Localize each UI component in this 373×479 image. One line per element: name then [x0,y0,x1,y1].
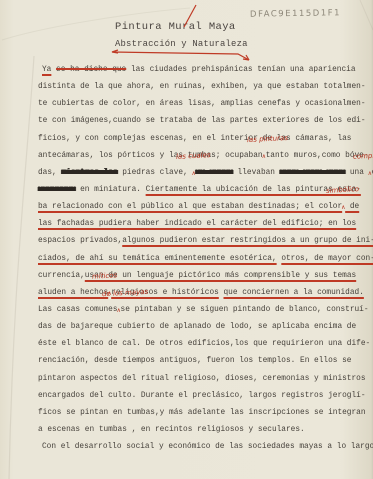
typed-line: Las casas comunesde los mayas∧se pintaba… [38,302,368,319]
red-underlined-text: usan de un lenguaje pictórico más compre… [85,272,356,280]
typed-text: distinta de la que ahora, en ruinas, exh… [38,83,366,91]
typed-line: éste el blanco de cal. De otros edificio… [38,336,368,353]
red-underlined-text: aluden a hechos [38,289,108,297]
typed-line: pintaron aspectos del ritual religioso, … [38,371,368,388]
typed-line: distinta de la que ahora, en ruinas, exh… [38,79,368,96]
typed-line: las fachadas pudiera haber indicado el c… [38,216,368,233]
typed-line: currencia,usan de un lenguaje pictórico … [38,268,368,285]
typed-text: las ciudades prehispánicas tenían una ap… [126,66,355,74]
handwritten-insertion: de los mayas∧ [118,310,121,311]
overtyped-struck-text: mientras las [61,169,117,177]
typed-line: ba relacionado con el público al que est… [38,199,368,216]
typed-line: aluden a hechosmíticos∧religiosos e hist… [38,285,368,302]
typed-text: te cubiertas de color, en áreas lisas, a… [38,100,366,108]
typed-text: piedras clave, [118,169,193,177]
typed-text: pintaron aspectos del ritual religioso, … [38,375,366,383]
typed-text: antecámaras, los pórticos y las tumbas; … [38,152,263,160]
handwritten-insertion: las pinturas∧ [263,156,266,157]
typed-text-block: Ya se ha dicho que las ciudades prehispá… [38,62,368,456]
red-struck-text: se ha dicho que [56,66,126,74]
typed-text: espacios privados, [38,237,122,245]
insertion-caret-mark: ∧ [191,171,195,177]
typed-line: Con el desarrollo social y económico de … [38,439,368,456]
handwritten-insertion: las cuales∧ [192,173,195,174]
red-underlined-text: Ya [42,66,51,74]
manuscript-page: DFAC9E115D1F1 Pintura Mural Maya Abstrac… [0,0,373,479]
handwritten-insertion: completa∧ [369,173,372,174]
typed-text: éste el blanco de cal. De otros edificio… [38,340,370,348]
typed-text: en miniatura. [75,186,145,194]
handwritten-insertion-text: simbólico [326,181,360,200]
insertion-caret-mark: ∧ [262,154,266,160]
typed-text: Las casas comunes [38,306,118,314]
typed-line: ficios, y con complejas escenas, en el i… [38,131,368,148]
typed-text: una [345,169,368,177]
typed-text: te con imágenes,cuando se trataba de las… [38,117,366,125]
handwritten-insertion-text: míticos [92,267,118,285]
typed-line: a escenas en tumbas , en recintos religi… [38,422,368,439]
insertion-caret-mark: ∧ [368,171,372,177]
typed-line: Ya se ha dicho que las ciudades prehispá… [38,62,368,79]
red-underline-arrow [112,50,249,60]
typed-text: ficios, y con complejas escenas, en el i… [38,135,352,143]
typed-line: te con imágenes,cuando se trataba de las… [38,113,368,130]
typed-line: renciación, desde tiempos antiguos, fuer… [38,353,368,370]
handwritten-insertion-text: de los mayas [101,284,148,304]
typed-text: Con el desarrollo social y económico de … [42,443,373,451]
insertion-caret-mark: ∧ [117,308,121,314]
typed-text: llevaban [233,169,280,177]
typed-line: encargados del culto. Durante el preclás… [38,388,368,405]
handwritten-insertion-text: las cuales [176,147,211,166]
typed-text: das de bajareque cubierto de aplanado de… [38,323,356,331]
red-underlined-text: de [345,203,359,211]
handwritten-insertion: simbólico∧ [342,207,345,208]
typed-text: se pintaban y se siguen pintando de blan… [121,306,369,314]
typed-line: das, mientras las piedras clave, las cua… [38,165,368,182]
pencil-code: DFAC9E115D1F1 [250,8,341,20]
red-underlined-text: algunos pudieron estar restringidos a un… [122,237,373,245]
red-arrowhead [243,55,249,60]
typed-text: currencia, [38,272,85,280]
typed-text: renciación, desde tiempos antiguos, fuer… [38,357,352,365]
insertion-caret-mark: ∧ [341,205,345,211]
overtyped-struck-text: xxxxxxxx [38,186,75,194]
typed-text: a escenas en tumbas , en recintos religi… [38,426,305,434]
typed-line: das de bajareque cubierto de aplanado de… [38,319,368,336]
handwritten-insertion-text: completa [352,147,373,166]
document-subtitle: Abstracción y Naturaleza [115,39,248,49]
typed-text: ficos se pintan en tumbas,y más adelante… [38,409,366,417]
red-underlined-text: ciados, de ahí su temática eminentemente… [38,255,277,263]
overtyped-struck-text: xxxx xxxx xxxx [280,169,346,177]
overtyped-struck-text: xx xxxxx [195,169,232,177]
typed-line: ciados, de ahí su temática eminentemente… [38,251,368,268]
red-underlined-text: ba relacionado con el público al que est… [38,203,342,211]
red-underlined-text: que conciernen a la comunidad. [224,289,364,297]
typed-line: te cubiertas de color, en áreas lisas, a… [38,96,368,113]
document-title: Pintura Mural Maya [115,21,236,33]
typed-line: espacios privados,algunos pudieron estar… [38,233,368,250]
typed-line: ficos se pintan en tumbas,y más adelante… [38,405,368,422]
typed-text: das, [38,169,61,177]
red-underlined-text: otros, de mayor con- [281,255,373,263]
red-underlined-text: las fachadas pudiera haber indicado el c… [38,220,356,228]
handwritten-insertion-text: las pinturas [246,129,288,148]
typed-line: xxxxxxxx en miniatura. Ciertamente la ub… [38,182,368,199]
typed-text: encargados del culto. Durante el preclás… [38,392,366,400]
